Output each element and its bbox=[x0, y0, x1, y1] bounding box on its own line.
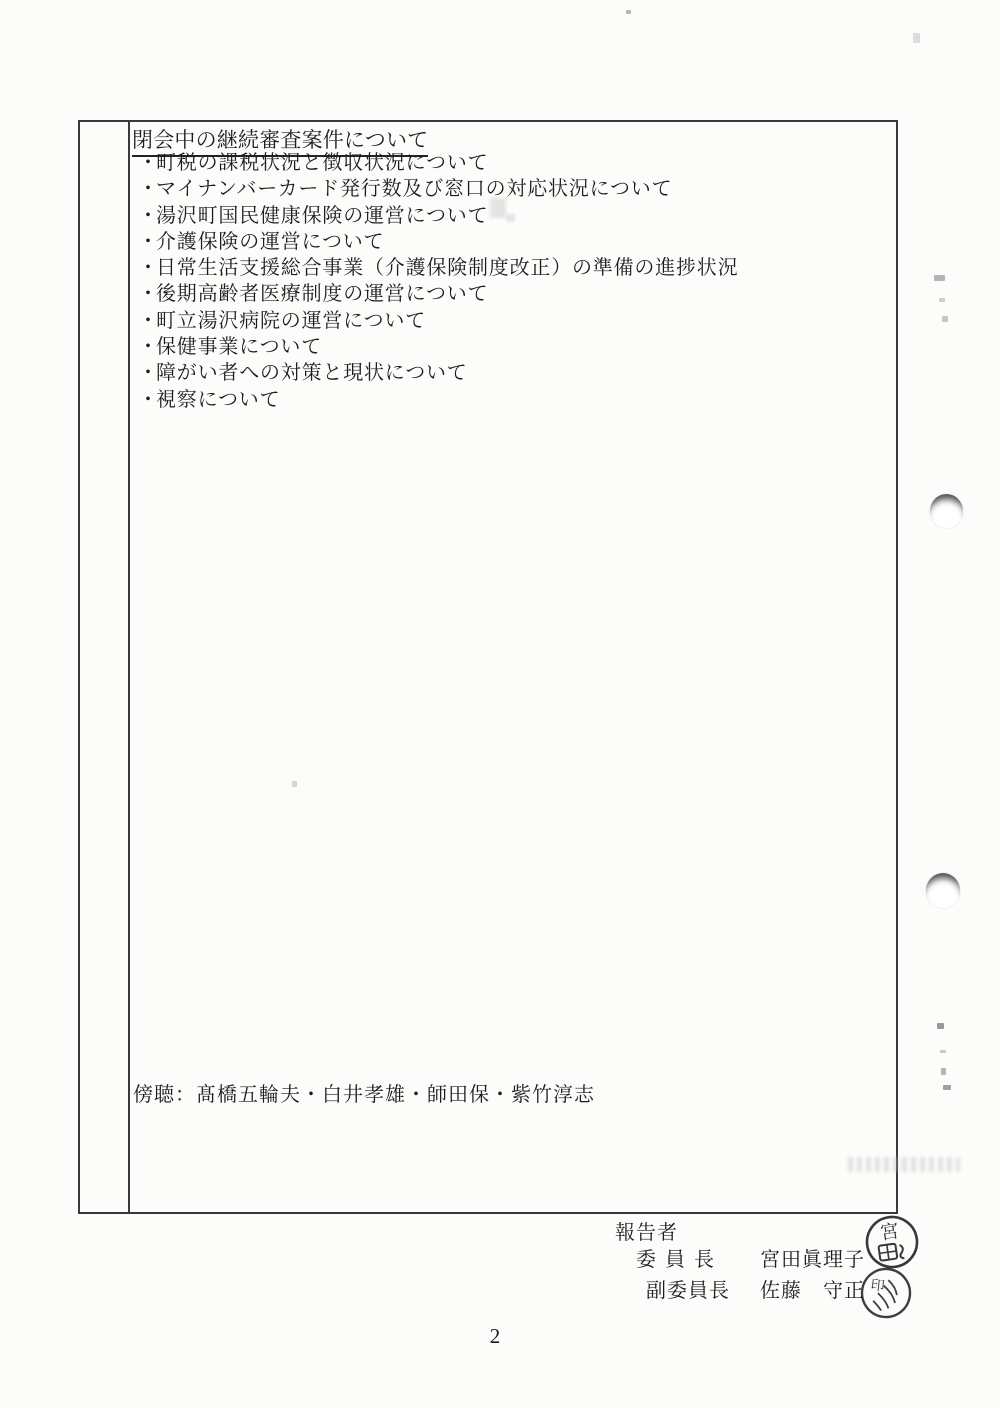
scan-speck bbox=[939, 298, 945, 302]
table-column-divider bbox=[128, 122, 130, 1212]
vice-chair-name: 佐藤 守正 bbox=[760, 1274, 865, 1303]
bullet-mark: ・ bbox=[138, 360, 156, 386]
scan-speck bbox=[937, 1023, 944, 1029]
scan-speck bbox=[943, 1085, 951, 1090]
vice-stamp-char: 印 bbox=[870, 1277, 886, 1294]
chair-stamp-seal: 宮 bbox=[861, 1214, 923, 1272]
agenda-item-text: 障がい者への対策と現状について bbox=[156, 362, 468, 384]
agenda-item: ・湯沢町国民健康保険の運営について bbox=[138, 203, 738, 229]
scan-speck bbox=[940, 1050, 946, 1053]
bullet-mark: ・ bbox=[138, 255, 156, 281]
scan-smudge bbox=[506, 214, 515, 222]
bleedthrough-artifact bbox=[848, 1157, 960, 1172]
scan-speck bbox=[626, 10, 631, 14]
agenda-list: ・町税の課税状況と徴収状況について ・マイナンバーカード発行数及び窓口の対応状況… bbox=[138, 150, 738, 413]
agenda-item-text: 保健事業について bbox=[156, 336, 322, 358]
bullet-mark: ・ bbox=[138, 387, 156, 413]
chair-stamp-char: 宮 bbox=[879, 1220, 901, 1244]
agenda-item: ・介護保険の運営について bbox=[138, 229, 738, 255]
chair-name: 宮田眞理子 bbox=[760, 1243, 865, 1272]
punch-hole bbox=[930, 494, 963, 528]
agenda-item: ・町税の課税状況と徴収状況について bbox=[138, 150, 738, 176]
scan-speck bbox=[934, 275, 945, 281]
scanned-document-page: 閉会中の継続審査案件について ・町税の課税状況と徴収状況について ・マイナンバー… bbox=[0, 0, 1000, 1408]
agenda-item: ・障がい者への対策と現状について bbox=[138, 360, 738, 386]
scan-speck bbox=[942, 316, 948, 322]
agenda-item: ・視察について bbox=[138, 387, 738, 413]
bullet-mark: ・ bbox=[138, 150, 156, 176]
reporter-label: 報告者 bbox=[615, 1216, 678, 1245]
agenda-item-text: 介護保険の運営について bbox=[156, 231, 384, 253]
vice-chair-label: 副委員長 bbox=[646, 1274, 730, 1303]
agenda-item: ・後期高齢者医療制度の運営について bbox=[138, 281, 738, 307]
vice-chair-stamp-seal: 印 bbox=[856, 1266, 916, 1322]
bullet-mark: ・ bbox=[138, 308, 156, 334]
report-table-frame: 閉会中の継続審査案件について ・町税の課税状況と徴収状況について ・マイナンバー… bbox=[78, 120, 898, 1214]
punch-hole bbox=[926, 873, 960, 908]
bullet-mark: ・ bbox=[138, 334, 156, 360]
agenda-item: ・町立湯沢病院の運営について bbox=[138, 308, 738, 334]
agenda-item: ・マイナンバーカード発行数及び窓口の対応状況について bbox=[138, 176, 738, 202]
page-number: 2 bbox=[455, 1324, 535, 1349]
scan-speck bbox=[941, 1068, 946, 1075]
agenda-item-text: 後期高齢者医療制度の運営について bbox=[156, 283, 488, 305]
scan-smudge bbox=[490, 198, 506, 218]
agenda-item-text: 湯沢町国民健康保険の運営について bbox=[156, 205, 488, 227]
bullet-mark: ・ bbox=[138, 229, 156, 255]
scan-speck bbox=[913, 33, 920, 43]
bullet-mark: ・ bbox=[138, 203, 156, 229]
bullet-mark: ・ bbox=[138, 176, 156, 202]
bullet-mark: ・ bbox=[138, 281, 156, 307]
agenda-item-text: 日常生活支援総合事業（介護保険制度改正）の準備の進捗状況 bbox=[156, 257, 738, 279]
chair-label: 委 員 長 bbox=[636, 1243, 716, 1272]
agenda-item-text: 町税の課税状況と徴収状況について bbox=[156, 152, 488, 174]
observers-line: 傍聴：髙橋五輪夫・白井孝雄・師田保・紫竹淳志 bbox=[133, 1078, 595, 1107]
agenda-item: ・日常生活支援総合事業（介護保険制度改正）の準備の進捗状況 bbox=[138, 255, 738, 281]
agenda-item-text: 視察について bbox=[156, 389, 280, 411]
agenda-item: ・保健事業について bbox=[138, 334, 738, 360]
agenda-item-text: 町立湯沢病院の運営について bbox=[156, 310, 426, 332]
scan-speck bbox=[292, 781, 297, 787]
agenda-item-text: マイナンバーカード発行数及び窓口の対応状況について bbox=[156, 178, 672, 200]
